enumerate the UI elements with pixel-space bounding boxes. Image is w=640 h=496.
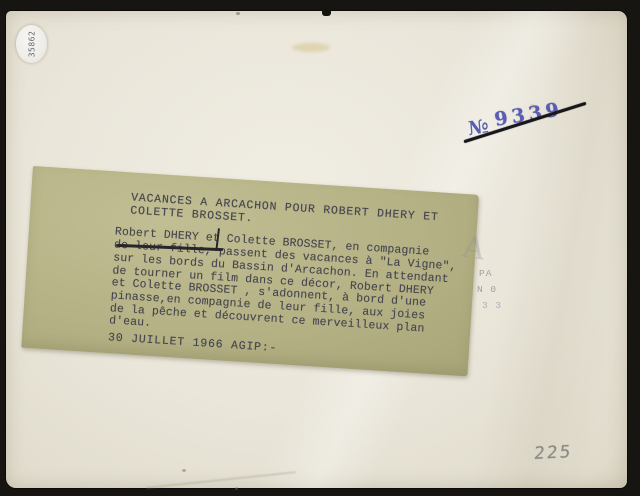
handwritten-archive-number: 225 — [533, 442, 573, 464]
ghost-stamp-fragment: PA — [479, 268, 492, 279]
caption-label: VACANCES A ARCACHON POUR ROBERT DHERY ET… — [21, 166, 479, 376]
stain — [182, 469, 186, 472]
stain — [236, 12, 240, 15]
ghost-stamp-fragment: 3 3 — [482, 300, 502, 311]
frame-notch — [322, 9, 331, 16]
sticker-number: 35862 — [27, 31, 36, 58]
ghost-stamp-fragment: N 0 — [477, 284, 497, 295]
crease-line — [146, 471, 295, 488]
stain — [235, 487, 238, 490]
stain — [292, 43, 330, 52]
caption-text: VACANCES A ARCACHON POUR ROBERT DHERY ET… — [108, 192, 472, 368]
inventory-sticker: 35862 — [16, 25, 47, 63]
